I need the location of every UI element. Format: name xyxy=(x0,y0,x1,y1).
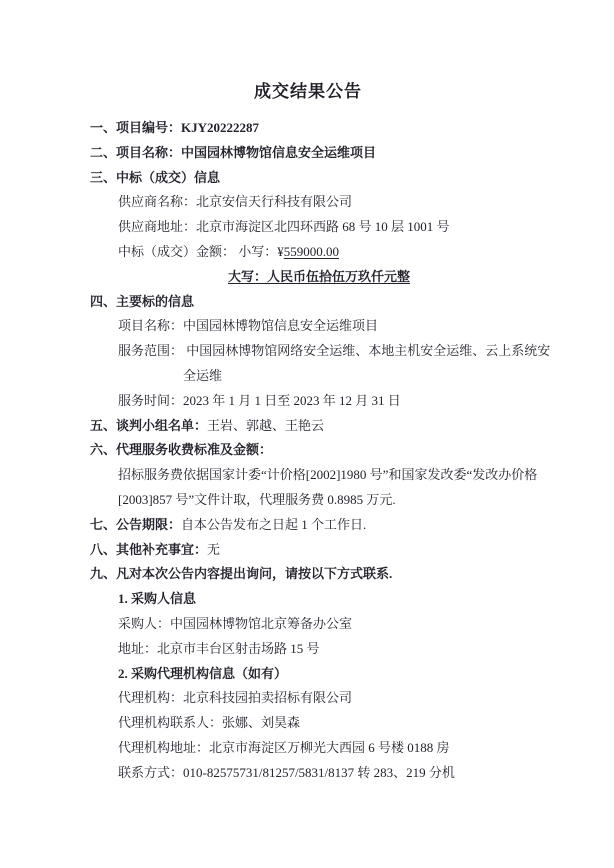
text-run: 自本公告发布之日起 1 个工作日. xyxy=(181,517,366,532)
text-run: 七、公告期限： xyxy=(90,517,181,532)
document-line: 服务时间：2023 年 1 月 1 日至 2023 年 12 月 31 日 xyxy=(90,389,526,414)
document-line: 八、其他补充事宜：无 xyxy=(90,538,526,563)
text-run: 供应商名称：北京安信天行科技有限公司 xyxy=(118,194,352,209)
text-run: 六、代理服务收费标准及金额： xyxy=(90,442,272,457)
text-run: 项目名称：中国园林博物馆信息安全运维项目 xyxy=(118,318,378,333)
document-line: 代理机构：北京科技园拍卖招标有限公司 xyxy=(90,686,526,711)
text-run: 招标服务费依据国家计委“计价格[2002]1980 号”和国家发改委“发改办价格 xyxy=(118,467,537,482)
document-line: 七、公告期限：自本公告发布之日起 1 个工作日. xyxy=(90,513,526,538)
document-page: 成交结果公告 一、项目编号：KJY20222287二、项目名称：中国园林博物馆信… xyxy=(0,0,614,868)
text-run: 五、谈判小组名单： xyxy=(90,418,207,433)
document-line: 供应商名称：北京安信天行科技有限公司 xyxy=(90,190,526,215)
text-run: 供应商地址：北京市海淀区北四环西路 68 号 10 层 1001 号 xyxy=(118,219,450,234)
text-run: 一、项目编号：KJY20222287 xyxy=(90,120,259,135)
document-lines: 一、项目编号：KJY20222287二、项目名称：中国园林博物馆信息安全运维项目… xyxy=(90,116,526,786)
text-run: 代理机构地址：北京市海淀区万柳光大西园 6 号楼 0188 房 xyxy=(118,740,450,755)
document-line: 供应商地址：北京市海淀区北四环西路 68 号 10 层 1001 号 xyxy=(90,215,526,240)
text-run: 代理机构联系人：张娜、刘昊森 xyxy=(118,715,300,730)
text-run: 559000.00 xyxy=(284,244,339,259)
document-line: 2. 采购代理机构信息（如有） xyxy=(90,662,526,687)
text-run: 1. 采购人信息 xyxy=(118,591,196,606)
document-line: 项目名称：中国园林博物馆信息安全运维项目 xyxy=(90,314,526,339)
text-run: 2. 采购代理机构信息（如有） xyxy=(118,666,287,681)
document-line: 一、项目编号：KJY20222287 xyxy=(90,116,526,141)
text-run: 四、主要标的信息 xyxy=(90,294,194,309)
text-run: 服务时间：2023 年 1 月 1 日至 2023 年 12 月 31 日 xyxy=(118,393,401,408)
text-run: 联系方式：010-82575731/81257/5831/8137 转 283、… xyxy=(118,765,455,780)
document-line: 服务范围： 中国园林博物馆网络安全运维、本地主机安全运维、云上系统安 xyxy=(90,339,526,364)
document-line: 大写：人民币伍拾伍万玖仟元整 xyxy=(90,265,526,290)
text-run: 地址：北京市丰台区射击场路 15 号 xyxy=(118,641,320,656)
document-line: 地址：北京市丰台区射击场路 15 号 xyxy=(90,637,526,662)
document-line: 招标服务费依据国家计委“计价格[2002]1980 号”和国家发改委“发改办价格 xyxy=(90,463,526,488)
document-title: 成交结果公告 xyxy=(90,78,526,106)
text-run: 服务范围： 中国园林博物馆网络安全运维、本地主机安全运维、云上系统安 xyxy=(118,343,550,358)
text-run: 八、其他补充事宜： xyxy=(90,542,207,557)
text-run: 九、凡对本次公告内容提出询问，请按以下方式联系. xyxy=(90,566,392,581)
document-line: 四、主要标的信息 xyxy=(90,290,526,315)
document-line: 代理机构地址：北京市海淀区万柳光大西园 6 号楼 0188 房 xyxy=(90,736,526,761)
document-line: [2003]857 号”文件计取，代理服务费 0.8985 万元. xyxy=(90,488,526,513)
text-run: 中标（成交）金额： 小写：¥ xyxy=(118,244,284,259)
document-line: 二、项目名称：中国园林博物馆信息安全运维项目 xyxy=(90,141,526,166)
text-run: 采购人：中国园林博物馆北京筹备办公室 xyxy=(118,616,352,631)
document-line: 采购人：中国园林博物馆北京筹备办公室 xyxy=(90,612,526,637)
text-run: 代理机构：北京科技园拍卖招标有限公司 xyxy=(118,690,352,705)
document-line: 六、代理服务收费标准及金额： xyxy=(90,438,526,463)
text-run: 大写：人民币伍拾伍万玖仟元整 xyxy=(228,269,410,284)
text-run: [2003]857 号”文件计取，代理服务费 0.8985 万元. xyxy=(118,492,396,507)
document-line: 五、谈判小组名单：王岩、郭越、王艳云 xyxy=(90,414,526,439)
text-run: 全运维 xyxy=(183,368,222,383)
document-line: 代理机构联系人：张娜、刘昊森 xyxy=(90,711,526,736)
document-line: 1. 采购人信息 xyxy=(90,587,526,612)
document-line: 全运维 xyxy=(90,364,526,389)
text-run: 二、项目名称：中国园林博物馆信息安全运维项目 xyxy=(90,145,376,160)
text-run: 三、中标（成交）信息 xyxy=(90,170,220,185)
text-run: 无 xyxy=(207,542,220,557)
document-line: 九、凡对本次公告内容提出询问，请按以下方式联系. xyxy=(90,562,526,587)
document-line: 中标（成交）金额： 小写：¥559000.00 xyxy=(90,240,526,265)
document-line: 联系方式：010-82575731/81257/5831/8137 转 283、… xyxy=(90,761,526,786)
document-line: 三、中标（成交）信息 xyxy=(90,166,526,191)
text-run: 王岩、郭越、王艳云 xyxy=(207,418,324,433)
